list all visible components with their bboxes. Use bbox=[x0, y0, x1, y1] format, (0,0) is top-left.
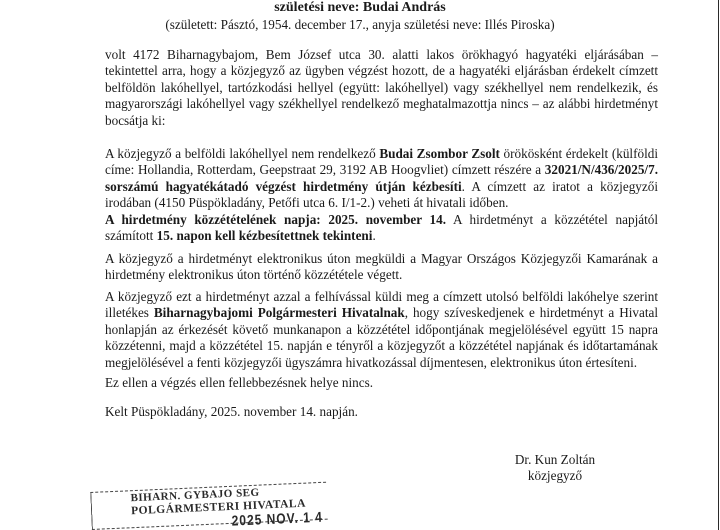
text-run: , hogy szíveskedjenek e hirdetményt a Hi… bbox=[405, 305, 658, 320]
text-line: sorszámú hagyatékátadó végzést hirdetmén… bbox=[105, 179, 658, 195]
text-line: Ez ellen a végzés ellen fellebbezésnek h… bbox=[105, 375, 658, 391]
received-stamp: BIHARN. GYBAJO SEG POLGÁRMESTERI HIVATAL… bbox=[90, 476, 332, 530]
paragraph-delivery: A közjegyző a belföldi lakóhellyel nem r… bbox=[105, 146, 658, 212]
notary-title: közjegyző bbox=[485, 468, 625, 484]
municipality-name: Biharnagybajomi Polgármesteri Hivatalnak bbox=[154, 305, 405, 320]
text-line: magyarországi lakóhellyel vagy székhelly… bbox=[105, 96, 658, 112]
text-line: A közjegyző a belföldi lakóhellyel nem r… bbox=[105, 146, 658, 162]
text-line: A közjegyző a hirdetményt elektronikus ú… bbox=[105, 251, 658, 267]
notary-name: Dr. Kun Zoltán bbox=[485, 452, 625, 468]
publication-date: A hirdetmény közzétételének napja: 2025.… bbox=[105, 212, 446, 227]
text-line: irodában (4150 Püspökladány, Petőfi utca… bbox=[105, 195, 658, 211]
birth-details: (született: Pásztó, 1954. december 17., … bbox=[0, 17, 720, 33]
page-edge-divider bbox=[718, 0, 720, 530]
text-line: Kelt Püspökladány, 2025. november 14. na… bbox=[105, 404, 658, 420]
text-run: . bbox=[372, 228, 375, 243]
stamp-date: 2025 NOV. 1 4 bbox=[231, 507, 323, 530]
text-line: A hirdetmény közzétételének napja: 2025.… bbox=[105, 212, 658, 228]
case-number: 32021/N/436/2025/7. bbox=[545, 162, 658, 177]
recipient-name: Budai Zsombor Zsolt bbox=[379, 146, 500, 161]
paragraph-chamber: A közjegyző a hirdetményt elektronikus ú… bbox=[105, 251, 658, 284]
text-line: megjelölésével a fenti közjegyzői ügyszá… bbox=[105, 355, 658, 371]
text-line: belföldön lakóhellyel, tartózkodási hell… bbox=[105, 80, 658, 96]
text-run: számított bbox=[105, 228, 157, 243]
text-line: tekintettel arra, hogy a közjegyző az üg… bbox=[105, 63, 658, 79]
text-run: örökösként érdekelt (külföldi bbox=[500, 146, 658, 161]
birth-name-heading: születési neve: Budai András bbox=[0, 0, 720, 16]
text-line: számított 15. napon kell kézbesítettnek … bbox=[105, 228, 658, 244]
paragraph-no-appeal: Ez ellen a végzés ellen fellebbezésnek h… bbox=[105, 375, 658, 391]
text-run: A hirdetményt a közzététel napjától bbox=[446, 212, 658, 227]
text-run: . A címzett az iratot a közjegyzői bbox=[462, 179, 658, 194]
text-line: A közjegyző ezt a hirdetményt azzal a fe… bbox=[105, 289, 658, 305]
paragraph-intro: volt 4172 Biharnagybajom, Bem József utc… bbox=[105, 47, 658, 129]
text-line: címe: Hollandia, Rotterdam, Geepstraat 2… bbox=[105, 162, 658, 178]
text-run: illetékes bbox=[105, 305, 154, 320]
text-line: hirdetmény elektronikus úton történő köz… bbox=[105, 267, 658, 283]
paragraph-dated: Kelt Püspökladány, 2025. november 14. na… bbox=[105, 404, 658, 420]
text-line: bocsátja ki: bbox=[105, 113, 658, 129]
signature-block: Dr. Kun Zoltán közjegyző bbox=[485, 452, 625, 485]
delivery-statement: sorszámú hagyatékátadó végzést hirdetmén… bbox=[105, 179, 462, 194]
document-page: születési neve: Budai András (született:… bbox=[0, 0, 720, 530]
text-line: volt 4172 Biharnagybajom, Bem József utc… bbox=[105, 47, 658, 63]
paragraph-publication-date: A hirdetmény közzétételének napja: 2025.… bbox=[105, 212, 658, 245]
paragraph-municipality: A közjegyző ezt a hirdetményt azzal a fe… bbox=[105, 289, 658, 371]
text-run: címe: Hollandia, Rotterdam, Geepstraat 2… bbox=[105, 162, 545, 177]
text-run: A közjegyző a belföldi lakóhellyel nem r… bbox=[105, 146, 379, 161]
text-line: illetékes Biharnagybajomi Polgármesteri … bbox=[105, 305, 658, 321]
delivery-deadline: 15. napon kell kézbesítettnek tekinteni bbox=[157, 228, 373, 243]
text-line: honlapján az érkezését követő munkanapon… bbox=[105, 322, 658, 338]
text-line: közzétenni, majd a közzététel 15. napján… bbox=[105, 338, 658, 354]
